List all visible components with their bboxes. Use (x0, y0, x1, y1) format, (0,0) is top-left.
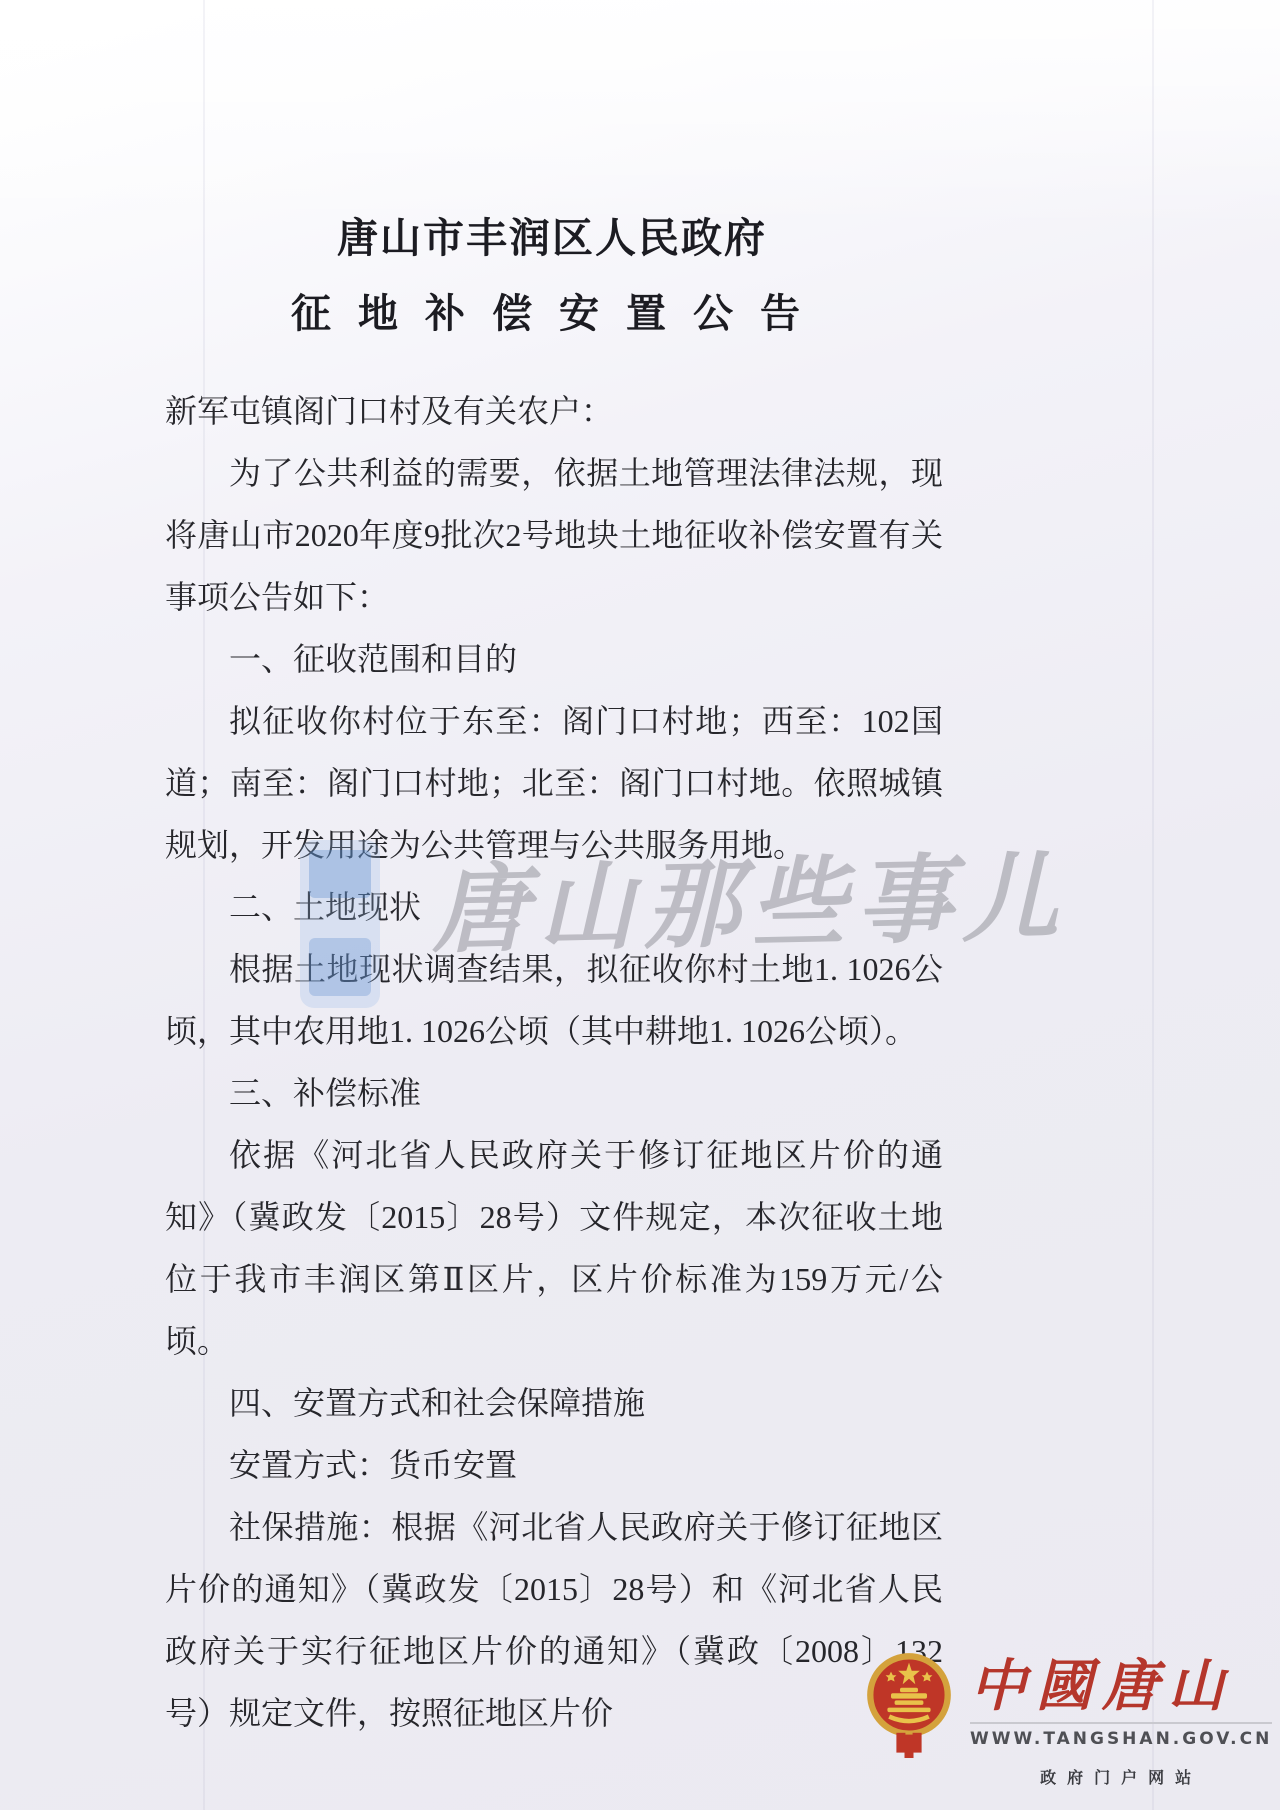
section-heading-4: 四、安置方式和社会保障措施 (165, 1372, 943, 1434)
document-body: 新军屯镇阁门口村及有关农户： 为了公共利益的需要，依据土地管理法律法规，现将唐山… (165, 380, 943, 1744)
paragraph-scope: 拟征收你村位于东至：阁门口村地；西至：102国道；南至：阁门口村地；北至：阁门口… (165, 690, 943, 876)
paragraph-land-status: 根据土地现状调查结果，拟征收你村土地1. 1026公顷，其中农用地1. 1026… (165, 938, 943, 1062)
scan-light-gradient (0, 0, 1280, 230)
website-url: WWW.TANGSHAN.GOV.CN (970, 1729, 1272, 1749)
doc-title-issuer: 唐山市丰润区人民政府 (0, 205, 1104, 264)
doc-title-subject: 征地补偿安置公告 (14, 282, 1104, 339)
brand-divider (970, 1722, 1272, 1724)
paragraph-compensation: 依据《河北省人民政府关于修订征地区片价的通知》（冀政发〔2015〕28号）文件规… (165, 1124, 943, 1372)
document-header: 唐山市丰润区人民政府 征地补偿安置公告 (0, 205, 1104, 339)
site-footer-logo: 中國唐山 WWW.TANGSHAN.GOV.CN 政府门户网站 (864, 1650, 1272, 1788)
section-heading-2: 二、土地现状 (165, 876, 943, 938)
scan-seam-line (1152, 0, 1154, 1810)
paragraph-resettlement: 安置方式：货币安置 (165, 1434, 943, 1496)
brand-block: 中國唐山 WWW.TANGSHAN.GOV.CN 政府门户网站 (970, 1650, 1272, 1788)
salutation-line: 新军屯镇阁门口村及有关农户： (165, 380, 943, 442)
brand-name: 中國唐山 (970, 1658, 1272, 1714)
portal-label: 政府门户网站 (970, 1765, 1272, 1788)
paragraph-intro: 为了公共利益的需要，依据土地管理法律法规，现将唐山市2020年度9批次2号地块土… (165, 442, 943, 628)
scanned-document-page: 唐山市丰润区人民政府 征地补偿安置公告 新军屯镇阁门口村及有关农户： 为了公共利… (0, 0, 1280, 1810)
paragraph-social-security: 社保措施：根据《河北省人民政府关于修订征地区片价的通知》（冀政发〔2015〕28… (165, 1496, 943, 1744)
national-emblem-icon (864, 1650, 954, 1763)
section-heading-1: 一、征收范围和目的 (165, 628, 943, 690)
section-heading-3: 三、补偿标准 (165, 1062, 943, 1124)
